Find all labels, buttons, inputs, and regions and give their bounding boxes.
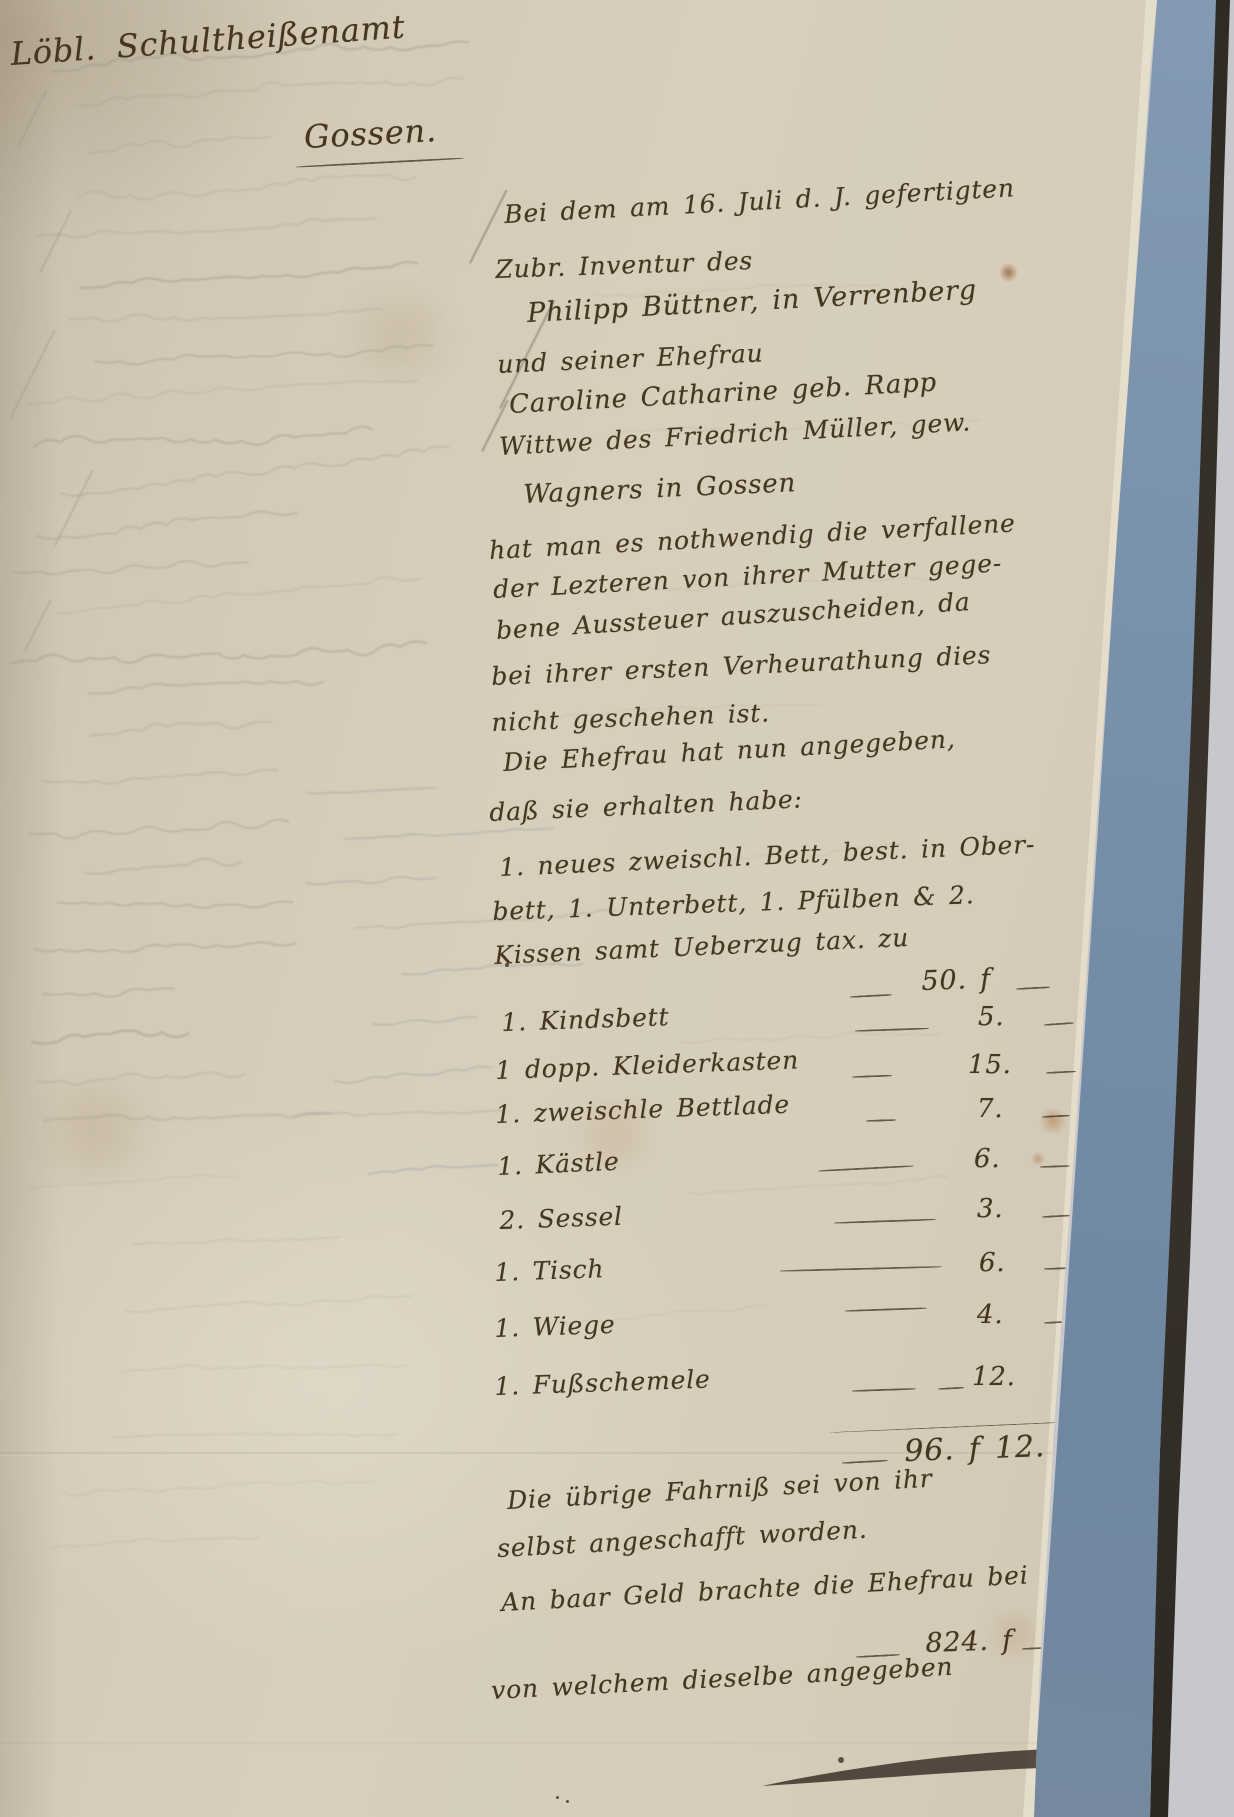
row-value: 50. f (921, 964, 992, 997)
row-dash (845, 1307, 927, 1312)
scanned-document-photo: { "document": { "header": { "office": "L… (0, 0, 1234, 1817)
item-value: 12. (972, 1362, 1016, 1392)
row-dash (852, 1388, 916, 1392)
item-label: 1. Kästle (497, 1147, 620, 1181)
row-dash (938, 1387, 964, 1390)
row-dash (850, 994, 892, 998)
place-heading: Gossen. (303, 111, 438, 156)
row-dash (1022, 1647, 1046, 1650)
row-dash (1046, 1070, 1076, 1074)
stain (1000, 262, 1017, 283)
body-line: und seiner Ehefrau (497, 338, 764, 379)
stain (1038, 1108, 1068, 1134)
body-line: Wagners in Gossen (523, 468, 797, 510)
row-dash (1044, 1022, 1074, 1026)
row-dash (834, 1218, 936, 1224)
inventory-line: 1. neues zweischl. Bett, best. in Ober- (499, 830, 1036, 882)
total-value: 96. f 12. (904, 1429, 1046, 1469)
place-underline (296, 157, 464, 168)
item-label: 1 dopp. Kleiderkasten (495, 1045, 799, 1085)
row-dash (1040, 1165, 1070, 1168)
item-value: 7. (977, 1094, 1003, 1124)
body-line: bei ihrer ersten Verheurathung dies (491, 640, 992, 691)
final-line: von welchem dieselbe angegeben (490, 1652, 954, 1705)
inventory-line: bett, 1. Unterbett, 1. Pfülben & 2. (492, 880, 975, 926)
item-value: 5. (978, 1002, 1004, 1032)
ink-dot (566, 1800, 569, 1803)
stain (1030, 1152, 1046, 1166)
body-line: daß sie erhalten habe: (489, 784, 804, 827)
ink-dot (556, 1796, 559, 1799)
item-label: 1. zweischle Bettlade (495, 1090, 790, 1129)
row-dash (1044, 1267, 1072, 1270)
office-heading: Löbl. Schultheißenamt (9, 8, 406, 73)
closing-line: An baar Geld brachte die Ehefrau bei (500, 1560, 1029, 1617)
row-dash (1042, 1115, 1070, 1118)
row-dash (818, 1165, 914, 1172)
body-line: Bei dem am 16. Juli d. J. gefertigten (503, 173, 1015, 229)
row-dash (842, 1460, 888, 1464)
item-label: 1. Fußschemele (494, 1364, 711, 1401)
item-label: 1. Tisch (494, 1254, 605, 1287)
fold-crease (0, 1452, 1234, 1456)
item-value: 6. (974, 1144, 1000, 1174)
closing-line: selbst angeschafft worden. (496, 1515, 868, 1563)
item-value: 15. (968, 1050, 1012, 1080)
row-dash (866, 1119, 896, 1122)
closing-line: Die übrige Fahrniß sei von ihr (506, 1464, 933, 1515)
body-line: nicht geschehen ist. (491, 698, 770, 737)
body-line: Philipp Büttner, in Verrenberg (526, 274, 977, 329)
row-dash (855, 1027, 929, 1032)
inventory-line: Kissen samt Ueberzug tax. zu (494, 923, 910, 970)
item-label: 2. Sessel (499, 1202, 623, 1235)
item-label: 1. Kindsbett (501, 1002, 670, 1037)
item-value: 6. (979, 1248, 1005, 1278)
row-dash (780, 1266, 942, 1272)
row-dash (852, 1075, 892, 1078)
item-value: 3. (977, 1194, 1003, 1224)
stain (330, 290, 470, 380)
row-dash (1016, 986, 1050, 990)
stain (20, 1080, 170, 1180)
item-label: 1. Wiege (494, 1310, 616, 1343)
item-value: 4. (977, 1300, 1003, 1330)
ink-dot (838, 1757, 844, 1763)
manuscript-paper: Löbl. Schultheißenamt Gossen. Bei dem am… (0, 0, 1234, 1817)
body-line: Zubr. Inventur des (495, 246, 754, 284)
